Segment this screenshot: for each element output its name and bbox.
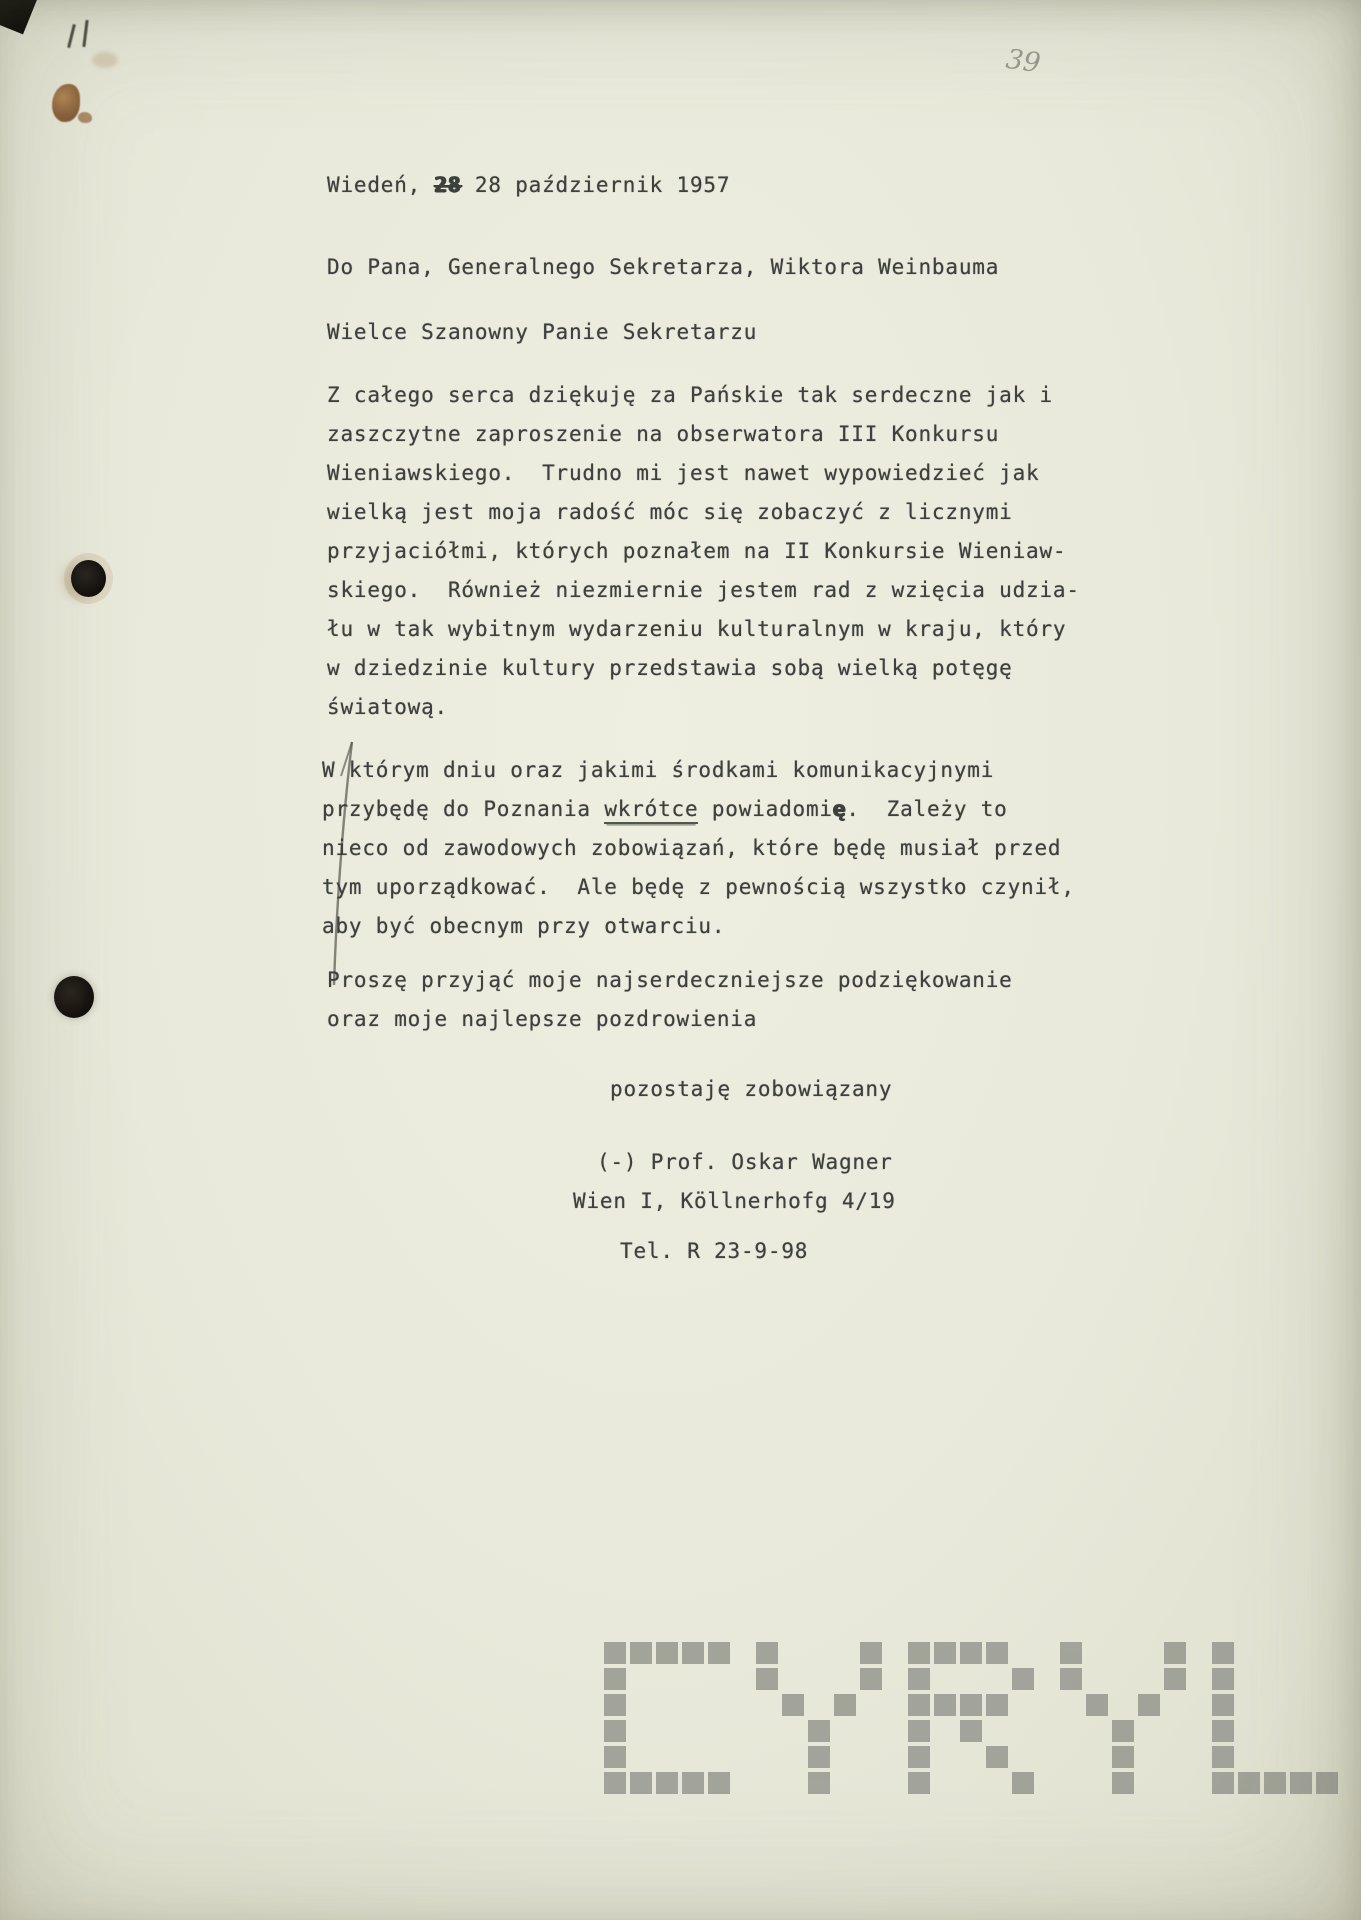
typed-line: wielką jest moja radość móc się zobaczyć… bbox=[327, 493, 1080, 532]
watermark-letter bbox=[604, 1642, 730, 1794]
typed-line: w dziedzinie kultury przedstawia sobą wi… bbox=[327, 649, 1080, 688]
salutation-line: Wielce Szanowny Panie Sekretarzu bbox=[327, 313, 757, 352]
watermark-letter bbox=[756, 1642, 882, 1794]
recipient-line: Do Pana, Generalnego Sekretarza, Wiktora… bbox=[327, 248, 999, 287]
pen-margin-mark bbox=[0, 0, 1361, 1920]
signature-name: (-) Prof. Oskar Wagner bbox=[573, 1143, 896, 1182]
typed-line: skiego. Również niezmiernie jestem rad z… bbox=[327, 571, 1080, 610]
watermark-letter bbox=[1212, 1642, 1338, 1794]
ink-mark bbox=[67, 24, 76, 48]
signature-block: (-) Prof. Oskar Wagner Wien I, Köllnerho… bbox=[573, 1143, 896, 1271]
rust-stain bbox=[78, 112, 92, 123]
page-number-annotation: 39 bbox=[1004, 44, 1042, 79]
line-rest: . Zależy to bbox=[846, 797, 1007, 821]
typed-line: nieco od zawodowych zobowiązań, które bę… bbox=[322, 829, 1075, 868]
typed-line: światową. bbox=[327, 688, 1080, 727]
watermark-letter bbox=[1060, 1642, 1186, 1794]
underlined-word: wkrótce bbox=[604, 797, 698, 824]
signature-address: Wien I, Köllnerhofg 4/19 bbox=[573, 1182, 896, 1221]
scanned-letter-page: 39 Wiedeń, 28 28 październik 1957 Do Pan… bbox=[0, 0, 1361, 1920]
watermark-letter bbox=[908, 1642, 1034, 1794]
typed-line: Proszę przyjąć moje najserdeczniejsze po… bbox=[327, 961, 1013, 1000]
overtyped-char: ę bbox=[833, 797, 846, 821]
dateline: Wiedeń, 28 28 październik 1957 bbox=[327, 166, 730, 205]
closing-line: pozostaję zobowiązany bbox=[610, 1070, 892, 1109]
typed-line: zaszczytne zaproszenie na obserwatora II… bbox=[327, 415, 1080, 454]
rust-stain bbox=[52, 84, 80, 122]
dateline-date: 28 październik 1957 bbox=[461, 173, 730, 197]
paragraph-regards: Proszę przyjąć moje najserdeczniejsze po… bbox=[327, 961, 1013, 1039]
typed-line: łu w tak wybitnym wydarzeniu kulturalnym… bbox=[327, 610, 1080, 649]
typed-line-with-underline: przybędę do Poznania wkrótce powiadomię.… bbox=[322, 790, 1075, 829]
typed-line: Wieniawskiego. Trudno mi jest nawet wypo… bbox=[327, 454, 1080, 493]
line-mid: powiadomi bbox=[698, 797, 832, 821]
scan-corner-shadow bbox=[0, 0, 38, 34]
line-prefix: przybędę do Poznania bbox=[322, 797, 604, 821]
paragraph-thanks: Z całego serca dziękuję za Pańskie tak s… bbox=[327, 376, 1080, 727]
ink-mark bbox=[82, 20, 88, 47]
dateline-struck-day: 28 bbox=[435, 173, 462, 197]
paper-smudge bbox=[92, 52, 118, 68]
typed-line: przyjaciółmi, których poznałem na II Kon… bbox=[327, 532, 1080, 571]
paragraph-arrival-rest: nieco od zawodowych zobowiązań, które bę… bbox=[322, 829, 1075, 946]
typed-line: W którym dniu oraz jakimi środkami komun… bbox=[322, 751, 1075, 790]
cyryl-watermark bbox=[604, 1642, 1338, 1794]
typed-line: tym uporządkować. Ale będę z pewnością w… bbox=[322, 868, 1075, 907]
paragraph-arrival: W którym dniu oraz jakimi środkami komun… bbox=[322, 751, 1075, 946]
typed-line: aby być obecnym przy otwarciu. bbox=[322, 907, 1075, 946]
punch-hole-bottom bbox=[54, 976, 94, 1018]
signature-phone: Tel. R 23-9-98 bbox=[573, 1232, 896, 1271]
typed-line: Z całego serca dziękuję za Pańskie tak s… bbox=[327, 376, 1080, 415]
typed-line: oraz moje najlepsze pozdrowienia bbox=[327, 1000, 1013, 1039]
punch-hole-top bbox=[71, 560, 106, 597]
dateline-city: Wiedeń, bbox=[327, 173, 435, 197]
